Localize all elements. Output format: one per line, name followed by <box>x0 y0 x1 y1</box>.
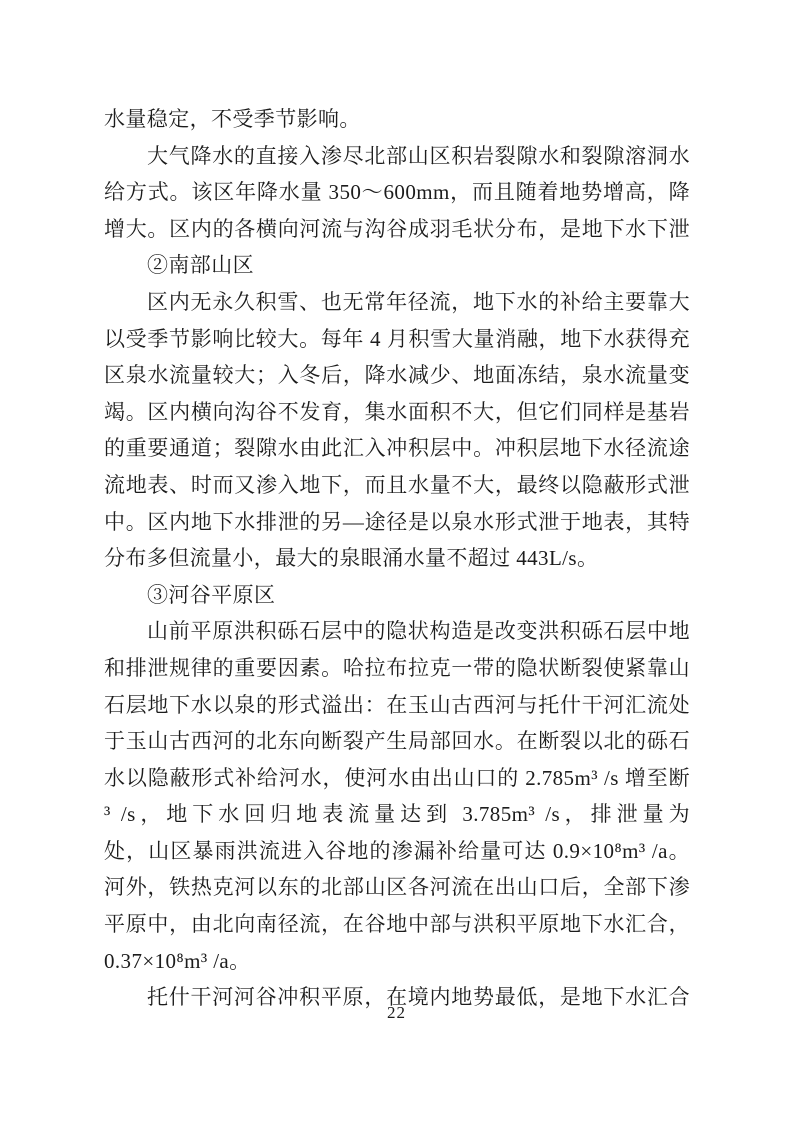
text-line: 中。区内地下水排泄的另—途径是以泉水形式泄于地表，其特点是：泉眼 <box>104 504 690 541</box>
text-line: 增大。区内的各横向河流与沟谷成羽毛状分布，是地下水下泄的重要通道。 <box>104 211 690 248</box>
text-line: 于玉山古西河的北东向断裂产生局部回水。在断裂以北的砾石带区，地下 <box>104 723 690 760</box>
text-line: 水以隐蔽形式补给河水，使河水由出山口的 2.785m³ /s 增至断裂处的 6.… <box>104 760 690 797</box>
text-line: ³ /s，地下水回归地表流量达到 3.785m³ /s，排泄量为 1.2×10⁸… <box>104 796 690 833</box>
text-block: 水量稳定，不受季节影响。大气降水的直接入渗尽北部山区积岩裂隙水和裂隙溶洞水的另一… <box>104 101 690 1016</box>
text-line: 给方式。该区年降水量 350～600mm，而且随着地势增高，降水量也相应 <box>104 174 690 211</box>
text-line: 分布多但流量小，最大的泉眼涌水量不超过 443L/s。 <box>104 540 690 577</box>
text-line: 平原中，由北向南径流，在谷地中部与洪积平原地下水汇合，其补给量为 <box>104 906 690 943</box>
page-footer: 22 <box>0 1003 793 1023</box>
document-page: 水量稳定，不受季节影响。大气降水的直接入渗尽北部山区积岩裂隙水和裂隙溶洞水的另一… <box>0 0 793 1122</box>
text-line: ②南部山区 <box>104 247 690 284</box>
text-line: 区泉水流量较大；入冬后，降水减少、地面冻结，泉水流量变小，甚至枯 <box>104 357 690 394</box>
text-line: 水量稳定，不受季节影响。 <box>104 101 690 138</box>
text-line: 处，山区暴雨洪流进入谷地的渗漏补给量可达 0.9×10⁸m³ /a。除玉山古西 <box>104 833 690 870</box>
text-line: 竭。区内横向沟谷不发育，集水面积不大，但它们同样是基岩裂隙水排泄 <box>104 394 690 431</box>
text-line: 石层地下水以泉的形式溢出：在玉山古西河与托什干河汇流处附近，垂直 <box>104 687 690 724</box>
text-line: 的重要通道；裂隙水由此汇入冲积层中。冲积层地下水径流途中，时而回 <box>104 430 690 467</box>
text-line: ③河谷平原区 <box>104 577 690 614</box>
page-number: 22 <box>387 1003 406 1022</box>
text-line: 山前平原洪积砾石层中的隐状构造是改变洪积砾石层中地下水径流 <box>104 613 690 650</box>
text-line: 0.37×10⁸m³ /a。 <box>104 943 690 980</box>
text-line: 和排泄规律的重要因素。哈拉布拉克一带的隐状断裂使紧靠山前的洪积砾 <box>104 650 690 687</box>
text-line: 流地表、时而又渗入地下，而且水量不大，最终以隐蔽形式泄入托什干河 <box>104 467 690 504</box>
text-line: 河外，铁热克河以东的北部山区各河流在出山口后，全部下渗到河谷洪积 <box>104 869 690 906</box>
text-line: 以受季节影响比较大。每年 4 月积雪大量消融，地下水获得充分补给，山 <box>104 321 690 358</box>
text-line: 大气降水的直接入渗尽北部山区积岩裂隙水和裂隙溶洞水的另一补 <box>104 138 690 175</box>
text-line: 区内无永久积雪、也无常年径流，地下水的补给主要靠大气降水，所 <box>104 284 690 321</box>
